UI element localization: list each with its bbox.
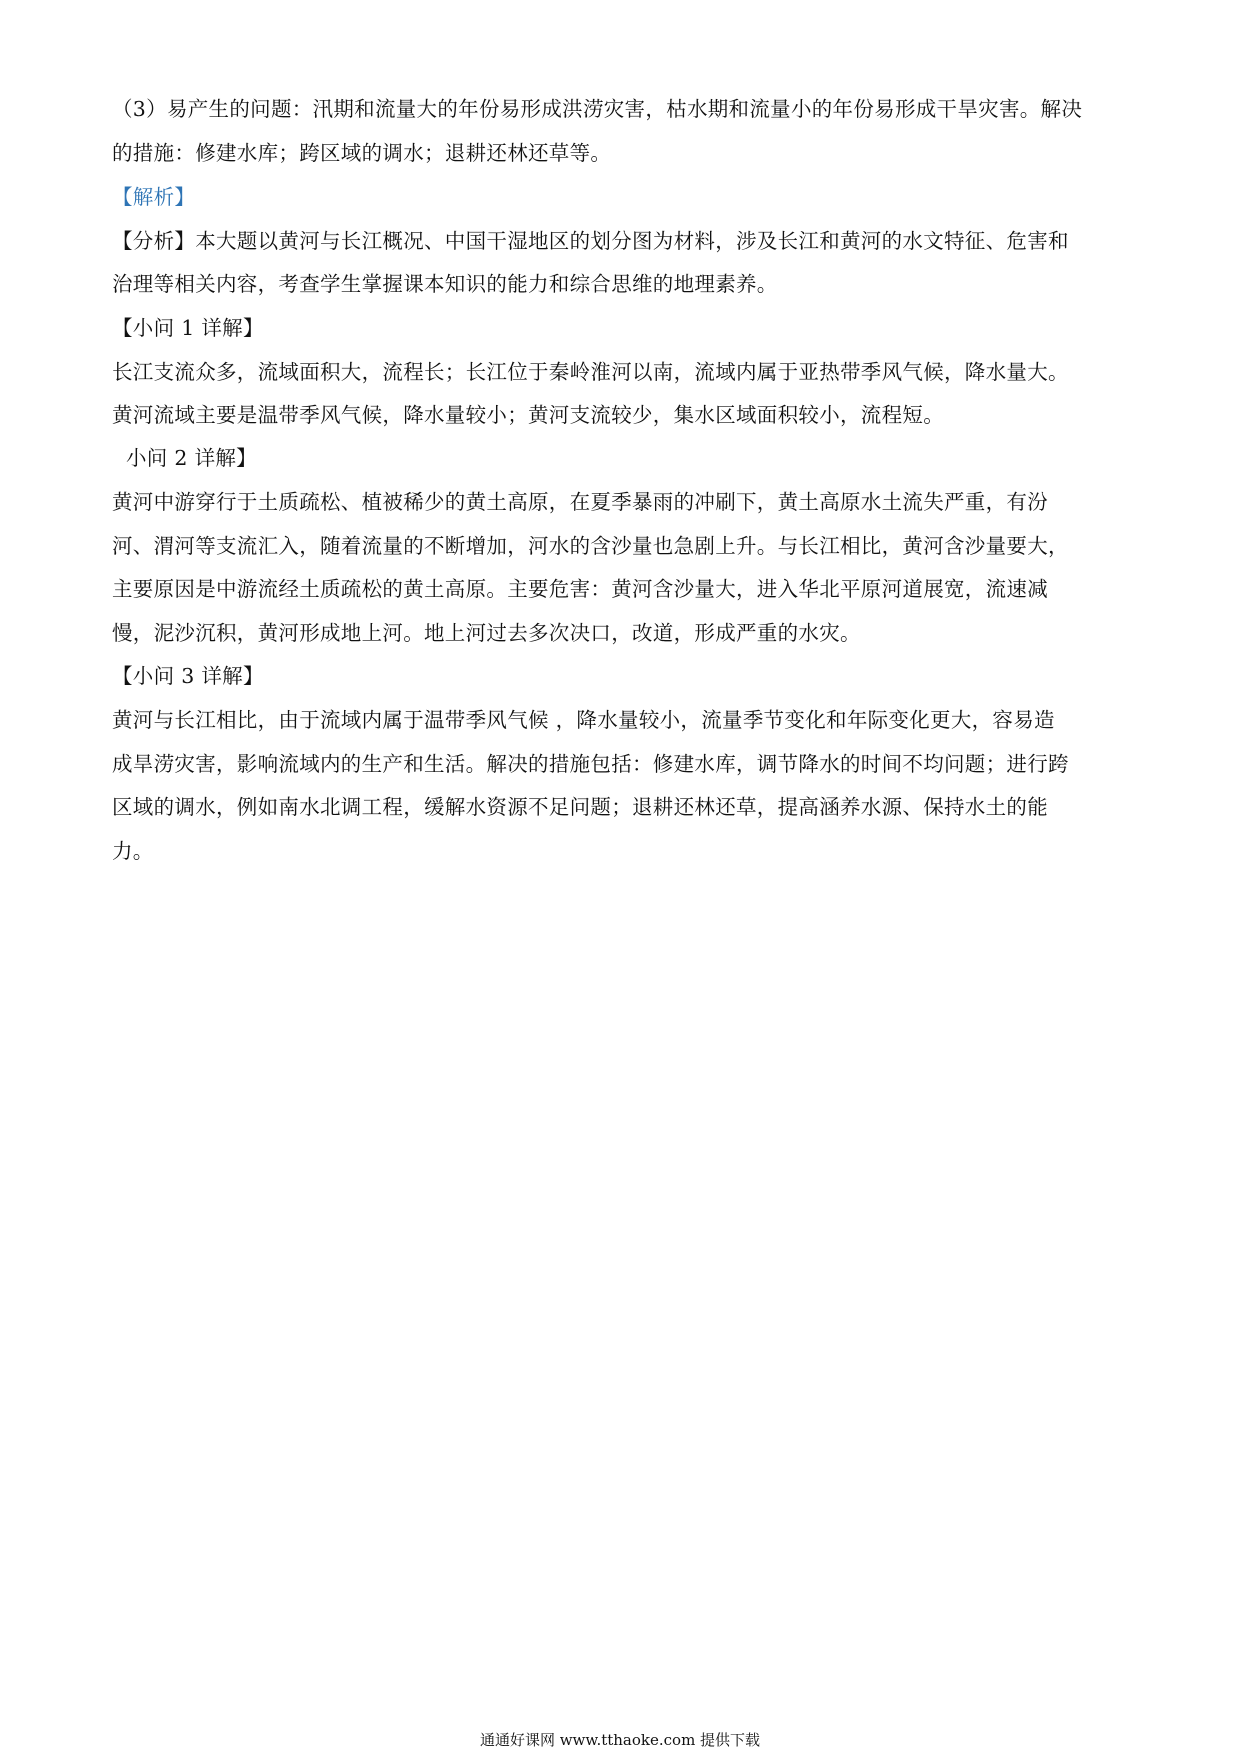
q2-heading: 小问 2 详解】 xyxy=(126,443,257,473)
q2-line-1: 黄河中游穿行于土质疏松、植被稀少的黄土高原，在夏季暴雨的冲刷下，黄土高原水土流失… xyxy=(112,487,1048,517)
q2-line-2: 河、渭河等支流汇入，随着流量的不断增加，河水的含沙量也急剧上升。与长江相比，黄河… xyxy=(112,531,1069,561)
analysis-line-2: 治理等相关内容，考查学生掌握课本知识的能力和综合思维的地理素养。 xyxy=(112,269,778,299)
q3-line-1: 黄河与长江相比，由于流域内属于温带季风气候 ，降水量较小，流量季节变化和年际变化… xyxy=(112,705,1055,735)
q1-line-1: 长江支流众多，流域面积大，流程长；长江位于秦岭淮河以南，流域内属于亚热带季风气候… xyxy=(112,357,1069,387)
document-page: （3）易产生的问题：汛期和流量大的年份易形成洪涝灾害，枯水期和流量小的年份易形成… xyxy=(0,0,1240,1754)
q3-line-2: 成旱涝灾害，影响流域内的生产和生活。解决的措施包括：修建水库，调节降水的时间不均… xyxy=(112,749,1069,779)
answer-part3-line-2: 的措施：修建水库；跨区域的调水；退耕还林还草等。 xyxy=(112,138,611,168)
q1-heading: 【小问 1 详解】 xyxy=(112,313,264,343)
q1-line-2: 黄河流域主要是温带季风气候，降水量较小；黄河支流较少，集水区域面积较小，流程短。 xyxy=(112,400,944,430)
analysis-line-1: 【分析】本大题以黄河与长江概况、中国干湿地区的划分图为材料，涉及长江和黄河的水文… xyxy=(112,226,1069,256)
q3-heading: 【小问 3 详解】 xyxy=(112,661,264,691)
analysis-label: 【解析】 xyxy=(112,182,195,212)
q2-line-3: 主要原因是中游流经土质疏松的黄土高原。主要危害：黄河含沙量大，进入华北平原河道展… xyxy=(112,574,1048,604)
q3-line-4: 力。 xyxy=(112,836,154,866)
q2-line-4: 慢，泥沙沉积，黄河形成地上河。地上河过去多次决口，改道，形成严重的水灾。 xyxy=(112,618,861,648)
footer-watermark: 通通好课网 www.tthaoke.com 提供下载 xyxy=(0,1730,1240,1750)
q3-line-3: 区域的调水，例如南水北调工程，缓解水资源不足问题；退耕还林还草，提高涵养水源、保… xyxy=(112,792,1048,822)
answer-part3-line-1: （3）易产生的问题：汛期和流量大的年份易形成洪涝灾害，枯水期和流量小的年份易形成… xyxy=(112,94,1082,124)
